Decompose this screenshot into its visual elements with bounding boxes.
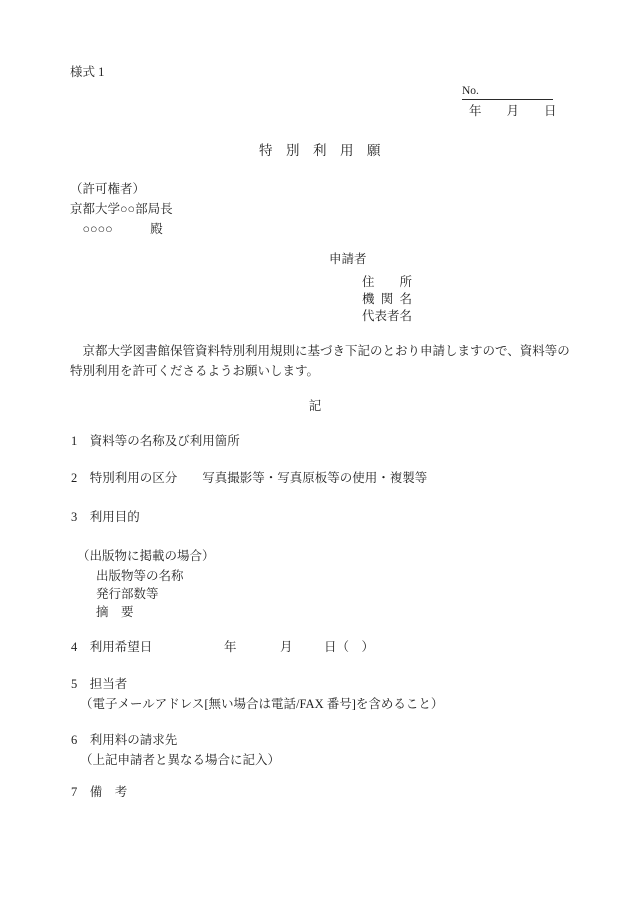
publication-note: （出版物に掲載の場合） — [77, 549, 215, 565]
page-title: 特 別 利 用 願 — [259, 143, 381, 160]
document-page: 様式 1 No. 年 月 日 特 別 利 用 願 （許可権者） 京都大学○○部局… — [0, 0, 630, 903]
applicant-label: 申請者 — [329, 252, 367, 268]
item-7-remarks: 7 備 考 — [71, 785, 127, 801]
form-number-label: 様式 1 — [70, 65, 104, 81]
publication-name-label: 出版物等の名称 — [96, 569, 184, 585]
applicant-organization-label: 機 関 名 — [362, 292, 412, 308]
item-4-desired-date-label: 4 利用希望日 — [71, 640, 152, 656]
item-6-billing-address: 6 利用料の請求先 — [71, 733, 177, 749]
item-6-billing-note: （上記申請者と異なる場合に記入） — [80, 753, 280, 769]
applicant-address-label: 住 所 — [362, 275, 412, 291]
record-marker: 記 — [0, 399, 630, 415]
item-5-contact-note: （電子メールアドレス[無い場合は電話/FAX 番号]を含めること） — [80, 697, 443, 713]
body-paragraph-line1: 京都大学図書館保管資料特別利用規則に基づき下記のとおり申請しますので、資料等の — [70, 344, 570, 360]
document-no-field: No. — [462, 85, 553, 100]
recipient-office: 京都大学○○部局長 — [70, 202, 173, 218]
recipient-note: （許可権者） — [70, 182, 145, 198]
item-4-month-label: 月 — [280, 640, 293, 656]
publication-copies-label: 発行部数等 — [96, 587, 159, 603]
item-3-purpose: 3 利用目的 — [71, 510, 140, 526]
item-2-use-category: 2 特別利用の区分 写真撮影等・写真原板等の使用・複製等 — [71, 471, 427, 487]
publication-abstract-label: 摘 要 — [96, 605, 134, 621]
item-1-materials-name: 1 資料等の名称及び利用箇所 — [71, 434, 240, 450]
item-4-day-label: 日（ ） — [324, 640, 374, 656]
item-5-contact-person: 5 担当者 — [71, 677, 127, 693]
recipient-name-line: ○○○○ 殿 — [70, 222, 163, 238]
date-line: 年 月 日 — [469, 104, 557, 120]
applicant-representative-label: 代表者名 — [362, 309, 412, 325]
body-paragraph-line2: 特別利用を許可くださるようお願いします。 — [70, 364, 319, 380]
item-4-year-label: 年 — [224, 640, 237, 656]
